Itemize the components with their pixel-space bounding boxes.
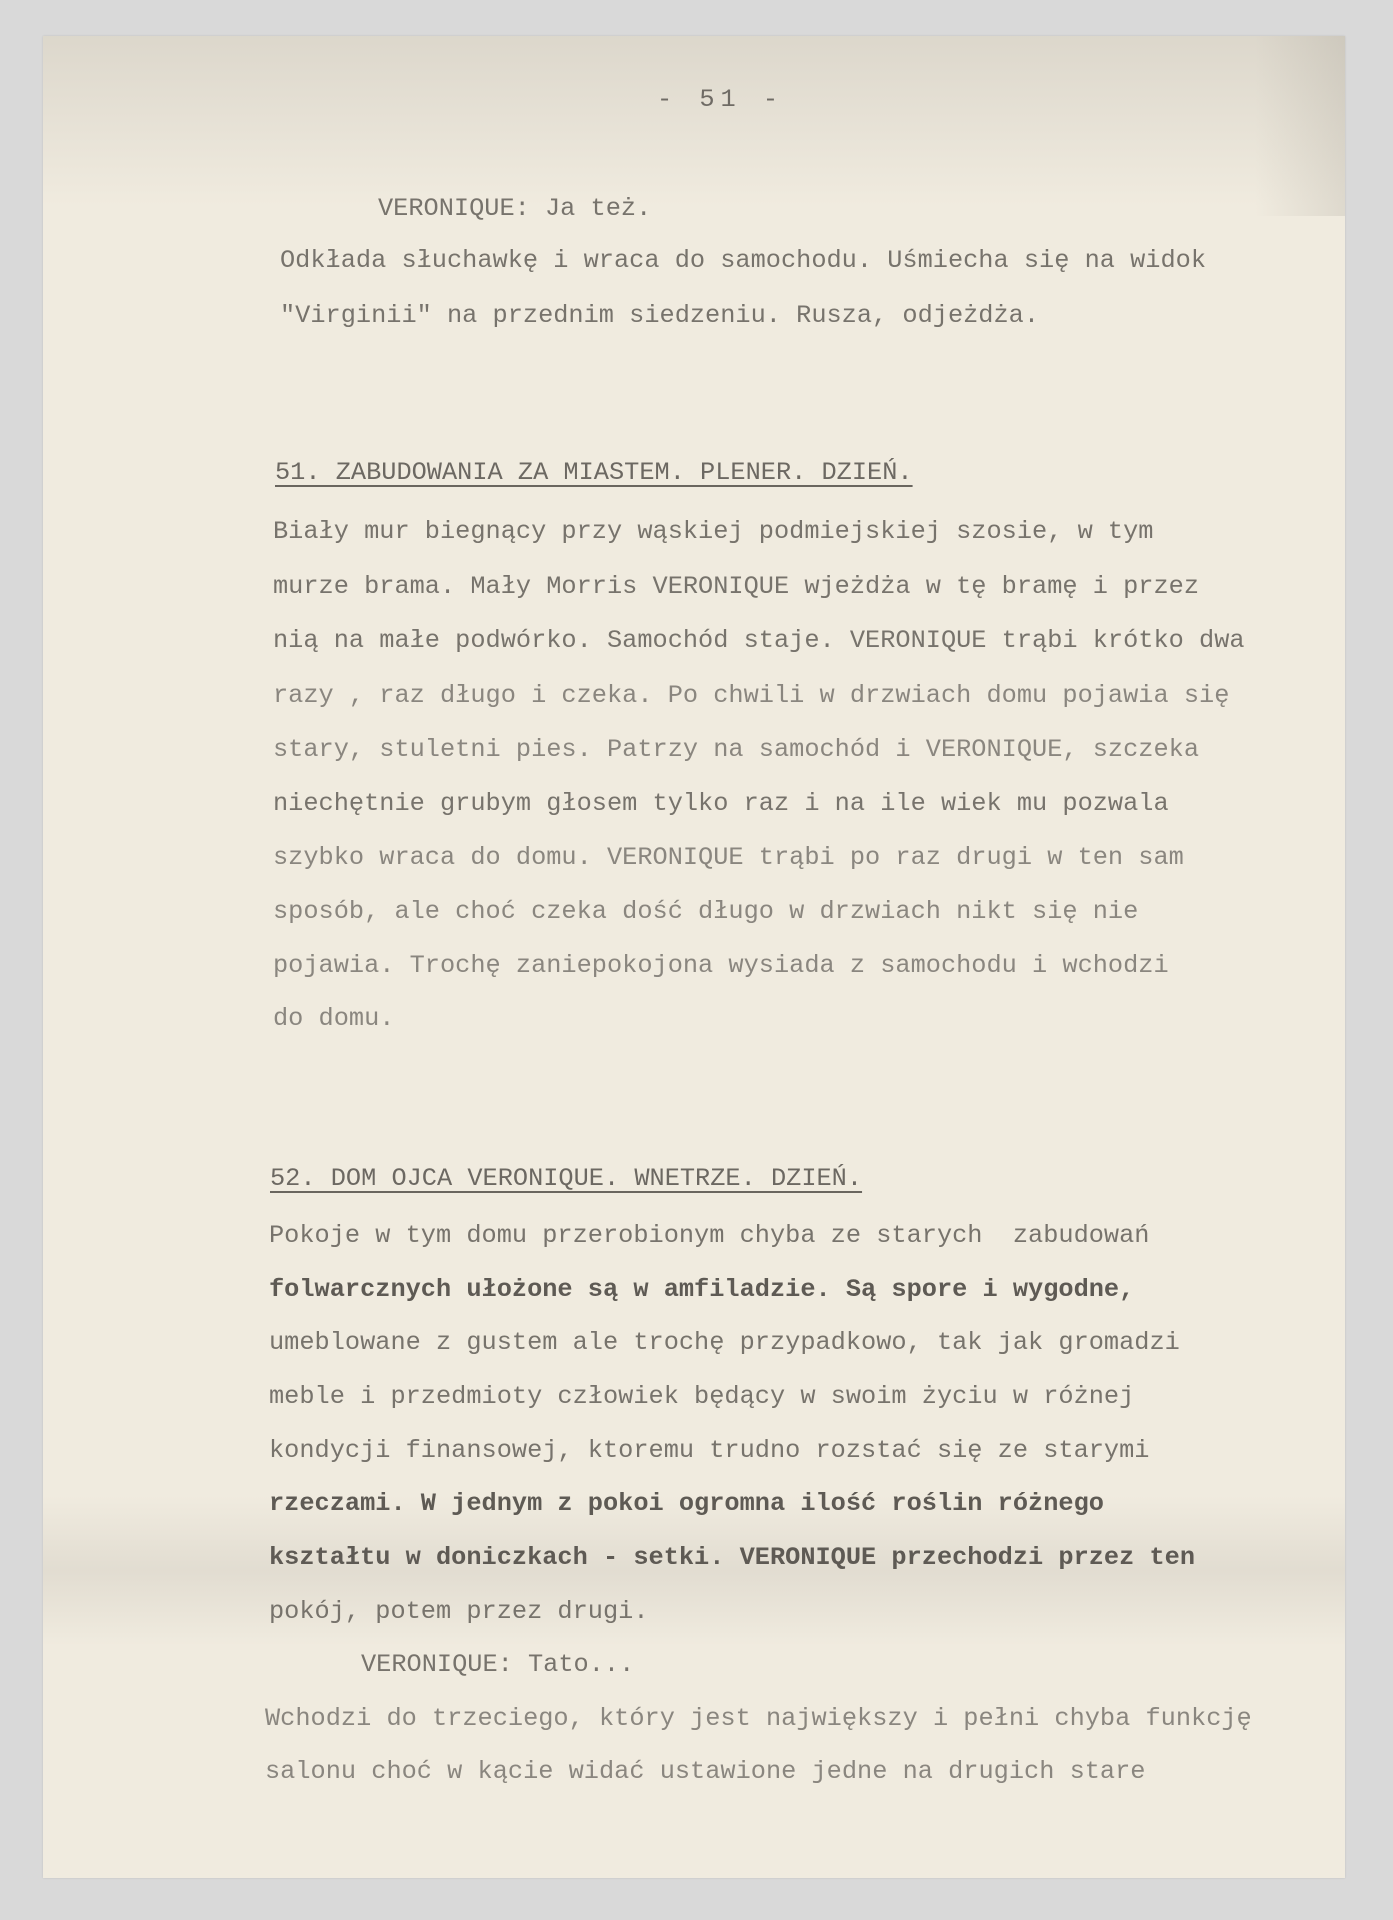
action-line: razy , raz długo i czeka. Po chwili w dr… <box>273 681 1229 711</box>
action-line: meble i przedmioty człowiek będący w swo… <box>269 1382 1134 1412</box>
action-line: pojawia. Trochę zaniepokojona wysiada z … <box>273 951 1169 981</box>
action-line: kształtu w doniczkach - setki. VERONIQUE… <box>269 1543 1195 1573</box>
action-line: niechętnie grubym głosem tylko raz i na … <box>273 789 1169 819</box>
action-line: Biały mur biegnący przy wąskiej podmiejs… <box>273 517 1153 547</box>
dialogue-line: VERONIQUE: Tato... <box>361 1650 634 1680</box>
action-line: Wchodzi do trzeciego, który jest najwięk… <box>265 1704 1252 1734</box>
action-line: sposób, ale choć czeka dość długo w drzw… <box>273 897 1138 927</box>
dialogue-line: VERONIQUE: Ja też. <box>378 194 651 224</box>
action-line: pokój, potem przez drugi. <box>269 1597 649 1627</box>
action-line: szybko wraca do domu. VERONIQUE trąbi po… <box>273 843 1184 873</box>
action-line: nią na małe podwórko. Samochód staje. VE… <box>273 626 1245 656</box>
typewritten-page: - 51 - VERONIQUE: Ja też. Odkłada słucha… <box>43 36 1345 1878</box>
scene-heading-52: 52. DOM OJCA VERONIQUE. WNETRZE. DZIEŃ. <box>270 1164 862 1194</box>
action-line: do domu. <box>273 1004 394 1034</box>
scene-heading-51: 51. ZABUDOWANIA ZA MIASTEM. PLENER. DZIE… <box>275 458 913 488</box>
action-line: "Virginii" na przednim siedzeniu. Rusza,… <box>280 301 1039 331</box>
action-line: rzeczami. W jednym z pokoi ogromna ilość… <box>269 1489 1104 1519</box>
action-line: salonu choć w kącie widać ustawione jedn… <box>265 1757 1145 1787</box>
action-line: kondycji finansowej, ktoremu trudno rozs… <box>269 1436 1149 1466</box>
action-line: umeblowane z gustem ale trochę przypadko… <box>269 1328 1180 1358</box>
action-line: murze brama. Mały Morris VERONIQUE wjeżd… <box>273 572 1199 602</box>
action-line: folwarcznych ułożone są w amfiladzie. Są… <box>269 1275 1134 1305</box>
action-line: Pokoje w tym domu przerobionym chyba ze … <box>269 1221 1149 1251</box>
action-line: stary, stuletni pies. Patrzy na samochód… <box>273 735 1199 765</box>
page-number: - 51 - <box>657 85 784 115</box>
action-line: Odkłada słuchawkę i wraca do samochodu. … <box>280 246 1206 276</box>
